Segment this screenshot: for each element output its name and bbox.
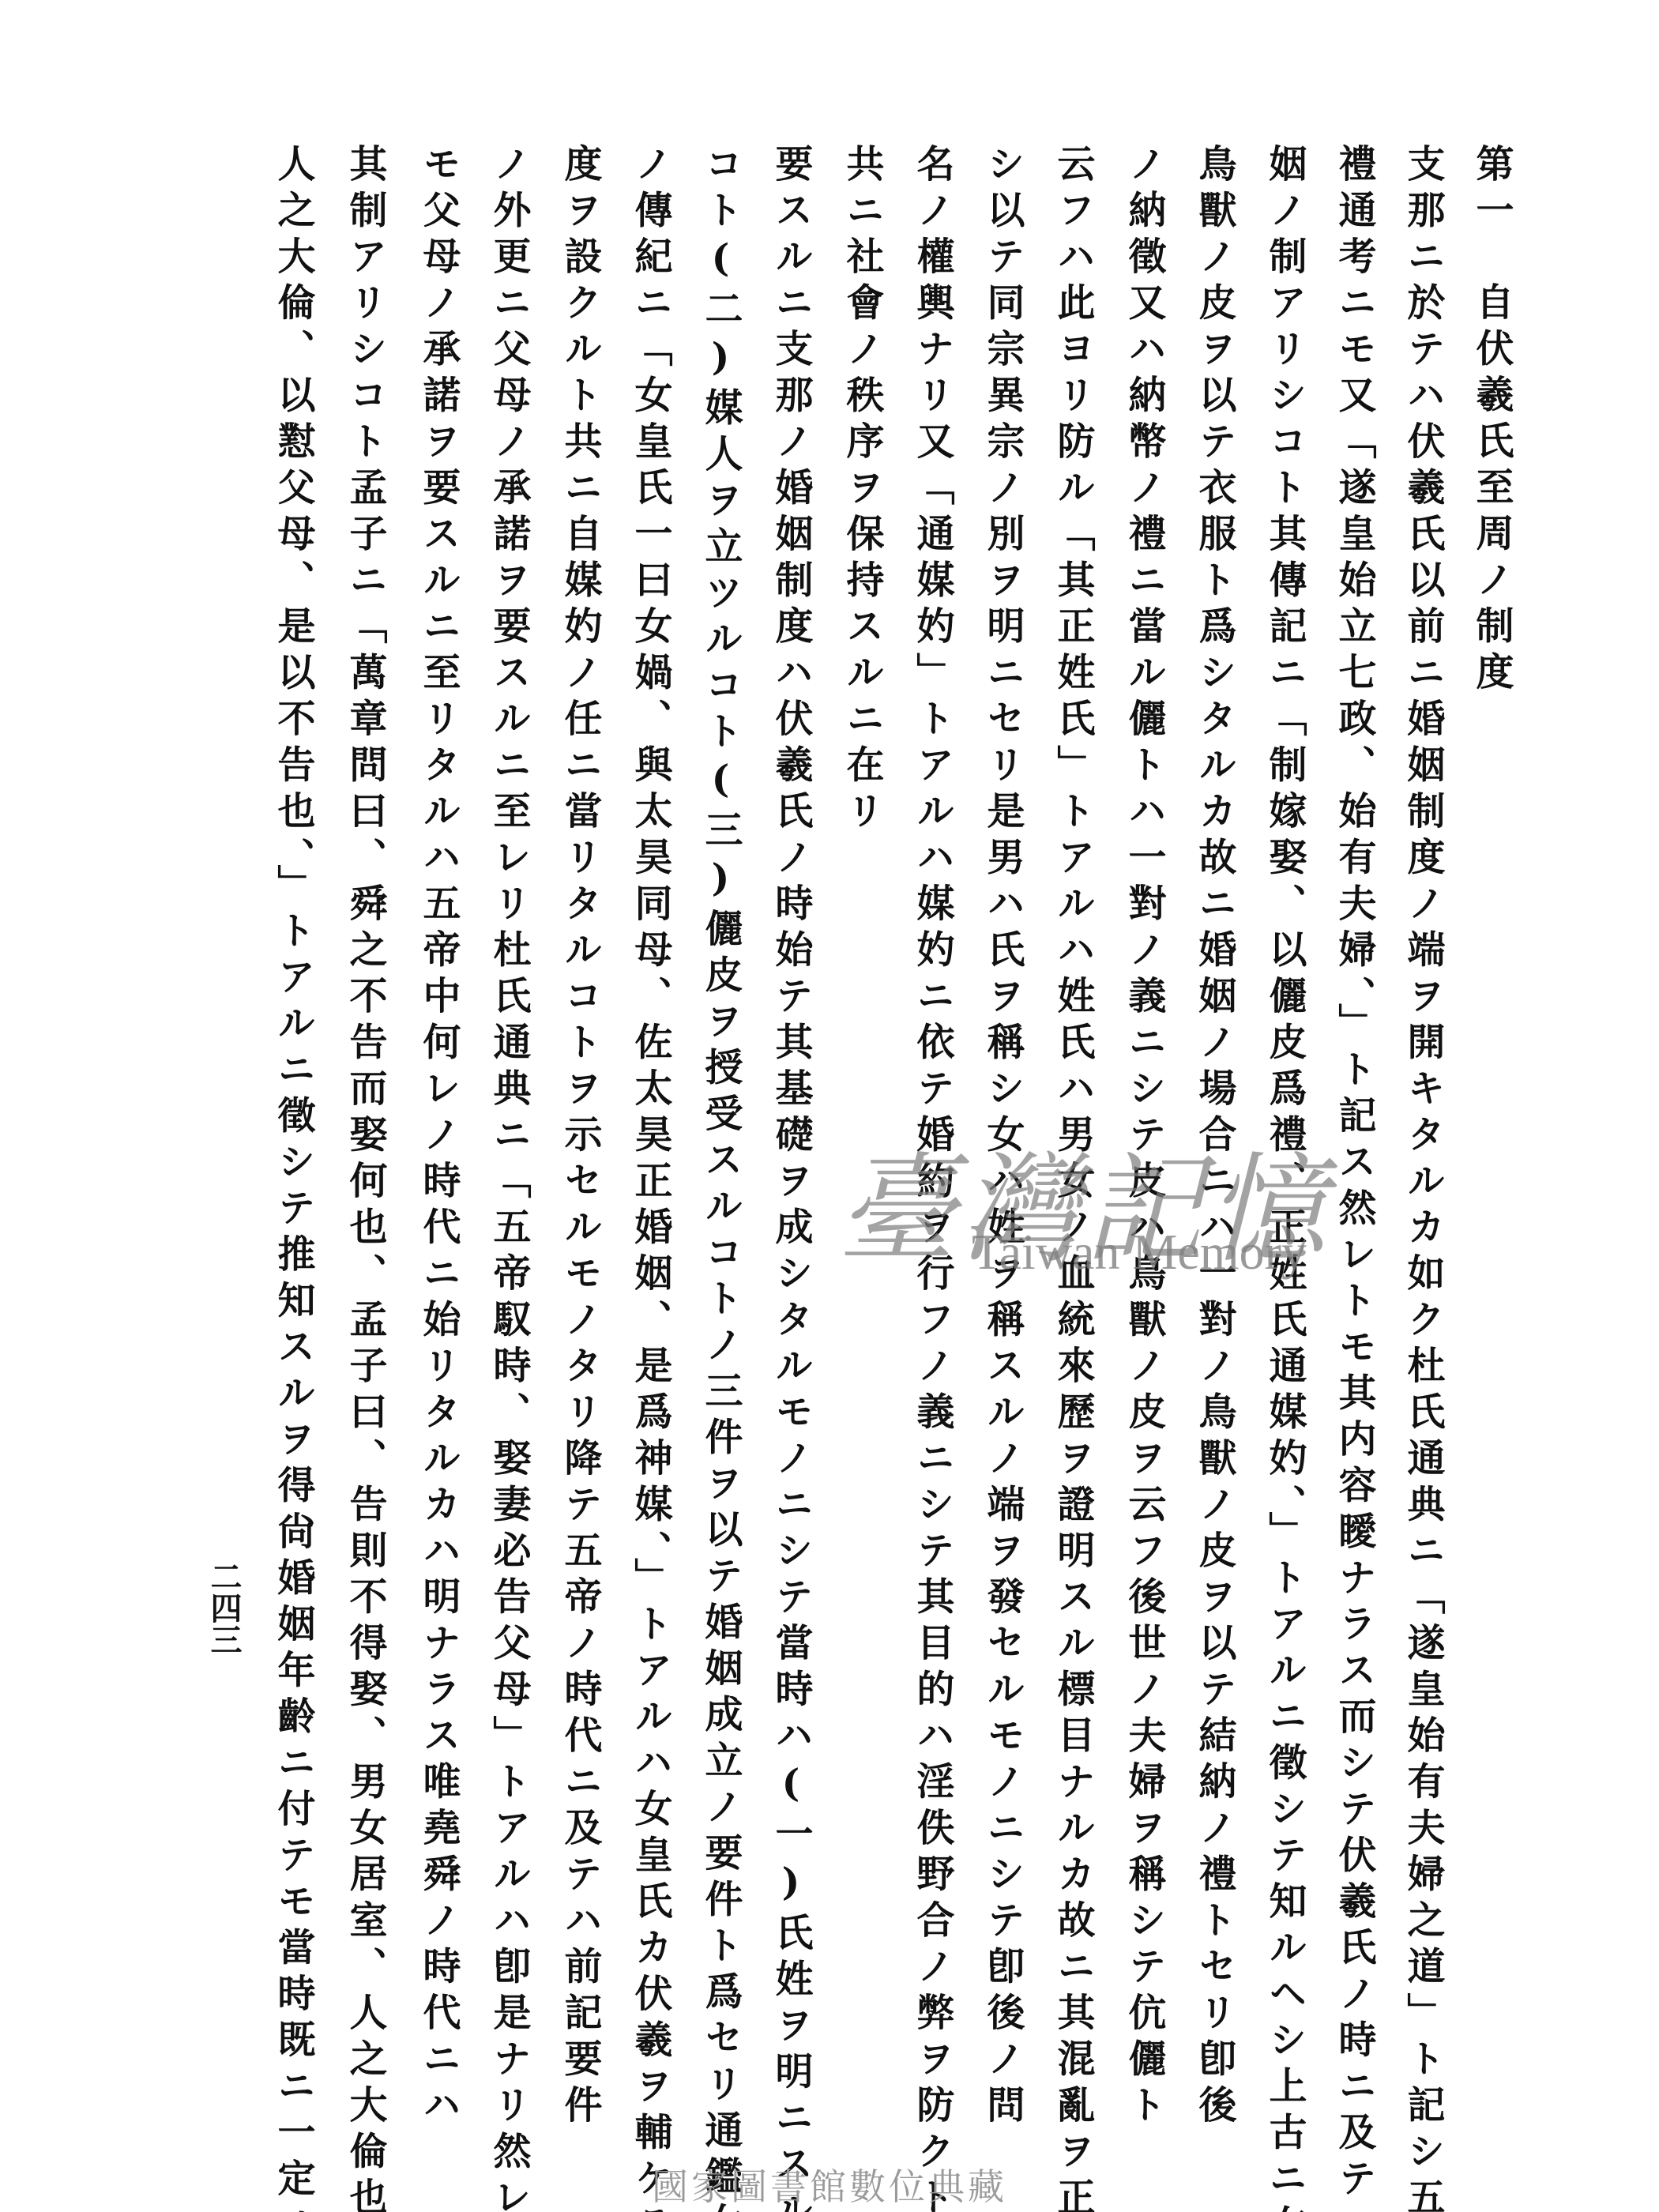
chapter-number: 第一 xyxy=(1468,144,1515,236)
text-column-8: 名ノ權輿ナリ又「通媒妁」トアルハ媒妁ニ依テ婚約ヲ行フノ義ニシテ其目的ハ淫佚野合ノ… xyxy=(908,144,956,2008)
page-number: 二四三 xyxy=(207,1560,246,1655)
text-column-3: 姻ノ制アリシコト其傳記ニ「制嫁娶、以儷皮爲禮、正姓氏通媒妁、」トアルニ徵シテ知ル… xyxy=(1261,144,1308,2008)
text-column-11: コト(二)媒人ヲ立ツルコト(三)儷皮ヲ授受スルコトノ三件ヲ以テ婚姻成立ノ要件ト爲… xyxy=(697,144,744,2008)
footer-credit: 國家圖書館數位典藏 xyxy=(0,2158,1659,2210)
chapter-title: 自伏羲氏至周ノ制度 xyxy=(1469,282,1514,698)
text-column-10: 要スルニ支那ノ婚姻制度ハ伏羲氏ノ時始テ其基礎ヲ成シタルモノニシテ當時ハ(一)氏姓… xyxy=(767,144,814,2008)
text-column-4: 鳥獸ノ皮ヲ以テ衣服ト爲シタルカ故ニ婚姻ノ場合ニハ一對ノ鳥獸ノ皮ヲ以テ結納ノ禮トセ… xyxy=(1191,144,1238,2008)
text-column-14: ノ外更ニ父母ノ承諾ヲ要スルニ至レリ杜氏通典ニ「五帝馭時、娶妻必告父母」トアルハ卽… xyxy=(485,144,532,2008)
text-column-15: モ父母ノ承諾ヲ要スルニ至リタルハ五帝中何レノ時代ニ始リタルカハ明ナラス唯堯舜ノ時… xyxy=(415,144,462,2008)
text-column-7: シ以テ同宗異宗ノ別ヲ明ニセリ是男ハ氏ヲ稱シ女ハ姓ヲ稱スルノ端ヲ發セルモノニシテ卽… xyxy=(979,144,1026,2008)
text-column-16: 其制アリシコト孟子ニ「萬章問曰、舜之不告而娶何也、孟子曰、告則不得娶、男女居室、… xyxy=(341,144,389,2008)
document-page: 第一自伏羲氏至周ノ制度 支那ニ於テハ伏羲氏以前ニ婚姻制度ノ端ヲ開キタルカ如ク杜氏… xyxy=(0,0,1659,2212)
text-column-2: 禮通考ニモ又「遂皇始立七政、始有夫婦、」ト記ス然レトモ其内容瞹ナラス而シテ伏羲氏… xyxy=(1330,144,1378,2008)
chapter-heading: 第一自伏羲氏至周ノ制度 xyxy=(1468,144,1515,2008)
text-column-6: 云フハ此ヨリ防ル「其正姓氏」トアルハ姓氏ハ男女ノ血統來歷ヲ證明スル標目ナルカ故ニ… xyxy=(1049,144,1097,2008)
text-column-12: ノ傳紀ニ「女皇氏一曰女媧、與太昊同母、佐太昊正婚姻、是爲神媒、」トアルハ女皇氏カ… xyxy=(626,144,674,2008)
text-column-1: 支那ニ於テハ伏羲氏以前ニ婚姻制度ノ端ヲ開キタルカ如ク杜氏通典ニ「遂皇始有夫婦之道… xyxy=(1399,144,1446,2008)
text-column-13: 度ヲ設クルト共ニ自媒妁ノ任ニ當リタルコトヲ示セルモノタリ降テ五帝ノ時代ニ及テハ前… xyxy=(556,144,604,2008)
text-column-5: ノ納徵又ハ納幣ノ禮ニ當ル儷トハ一對ノ義ニシテ皮ハ鳥獸ノ皮ヲ云フ後世ノ夫婦ヲ稱シテ… xyxy=(1120,144,1168,2008)
text-column-9: 共ニ社會ノ秩序ヲ保持スルニ在リ xyxy=(838,144,886,2008)
text-column-17: 人之大倫、以懟父母、是以不告也、」トアルニ徵シテ推知スルヲ得尙婚姻年齡ニ付テモ當… xyxy=(269,144,317,2008)
